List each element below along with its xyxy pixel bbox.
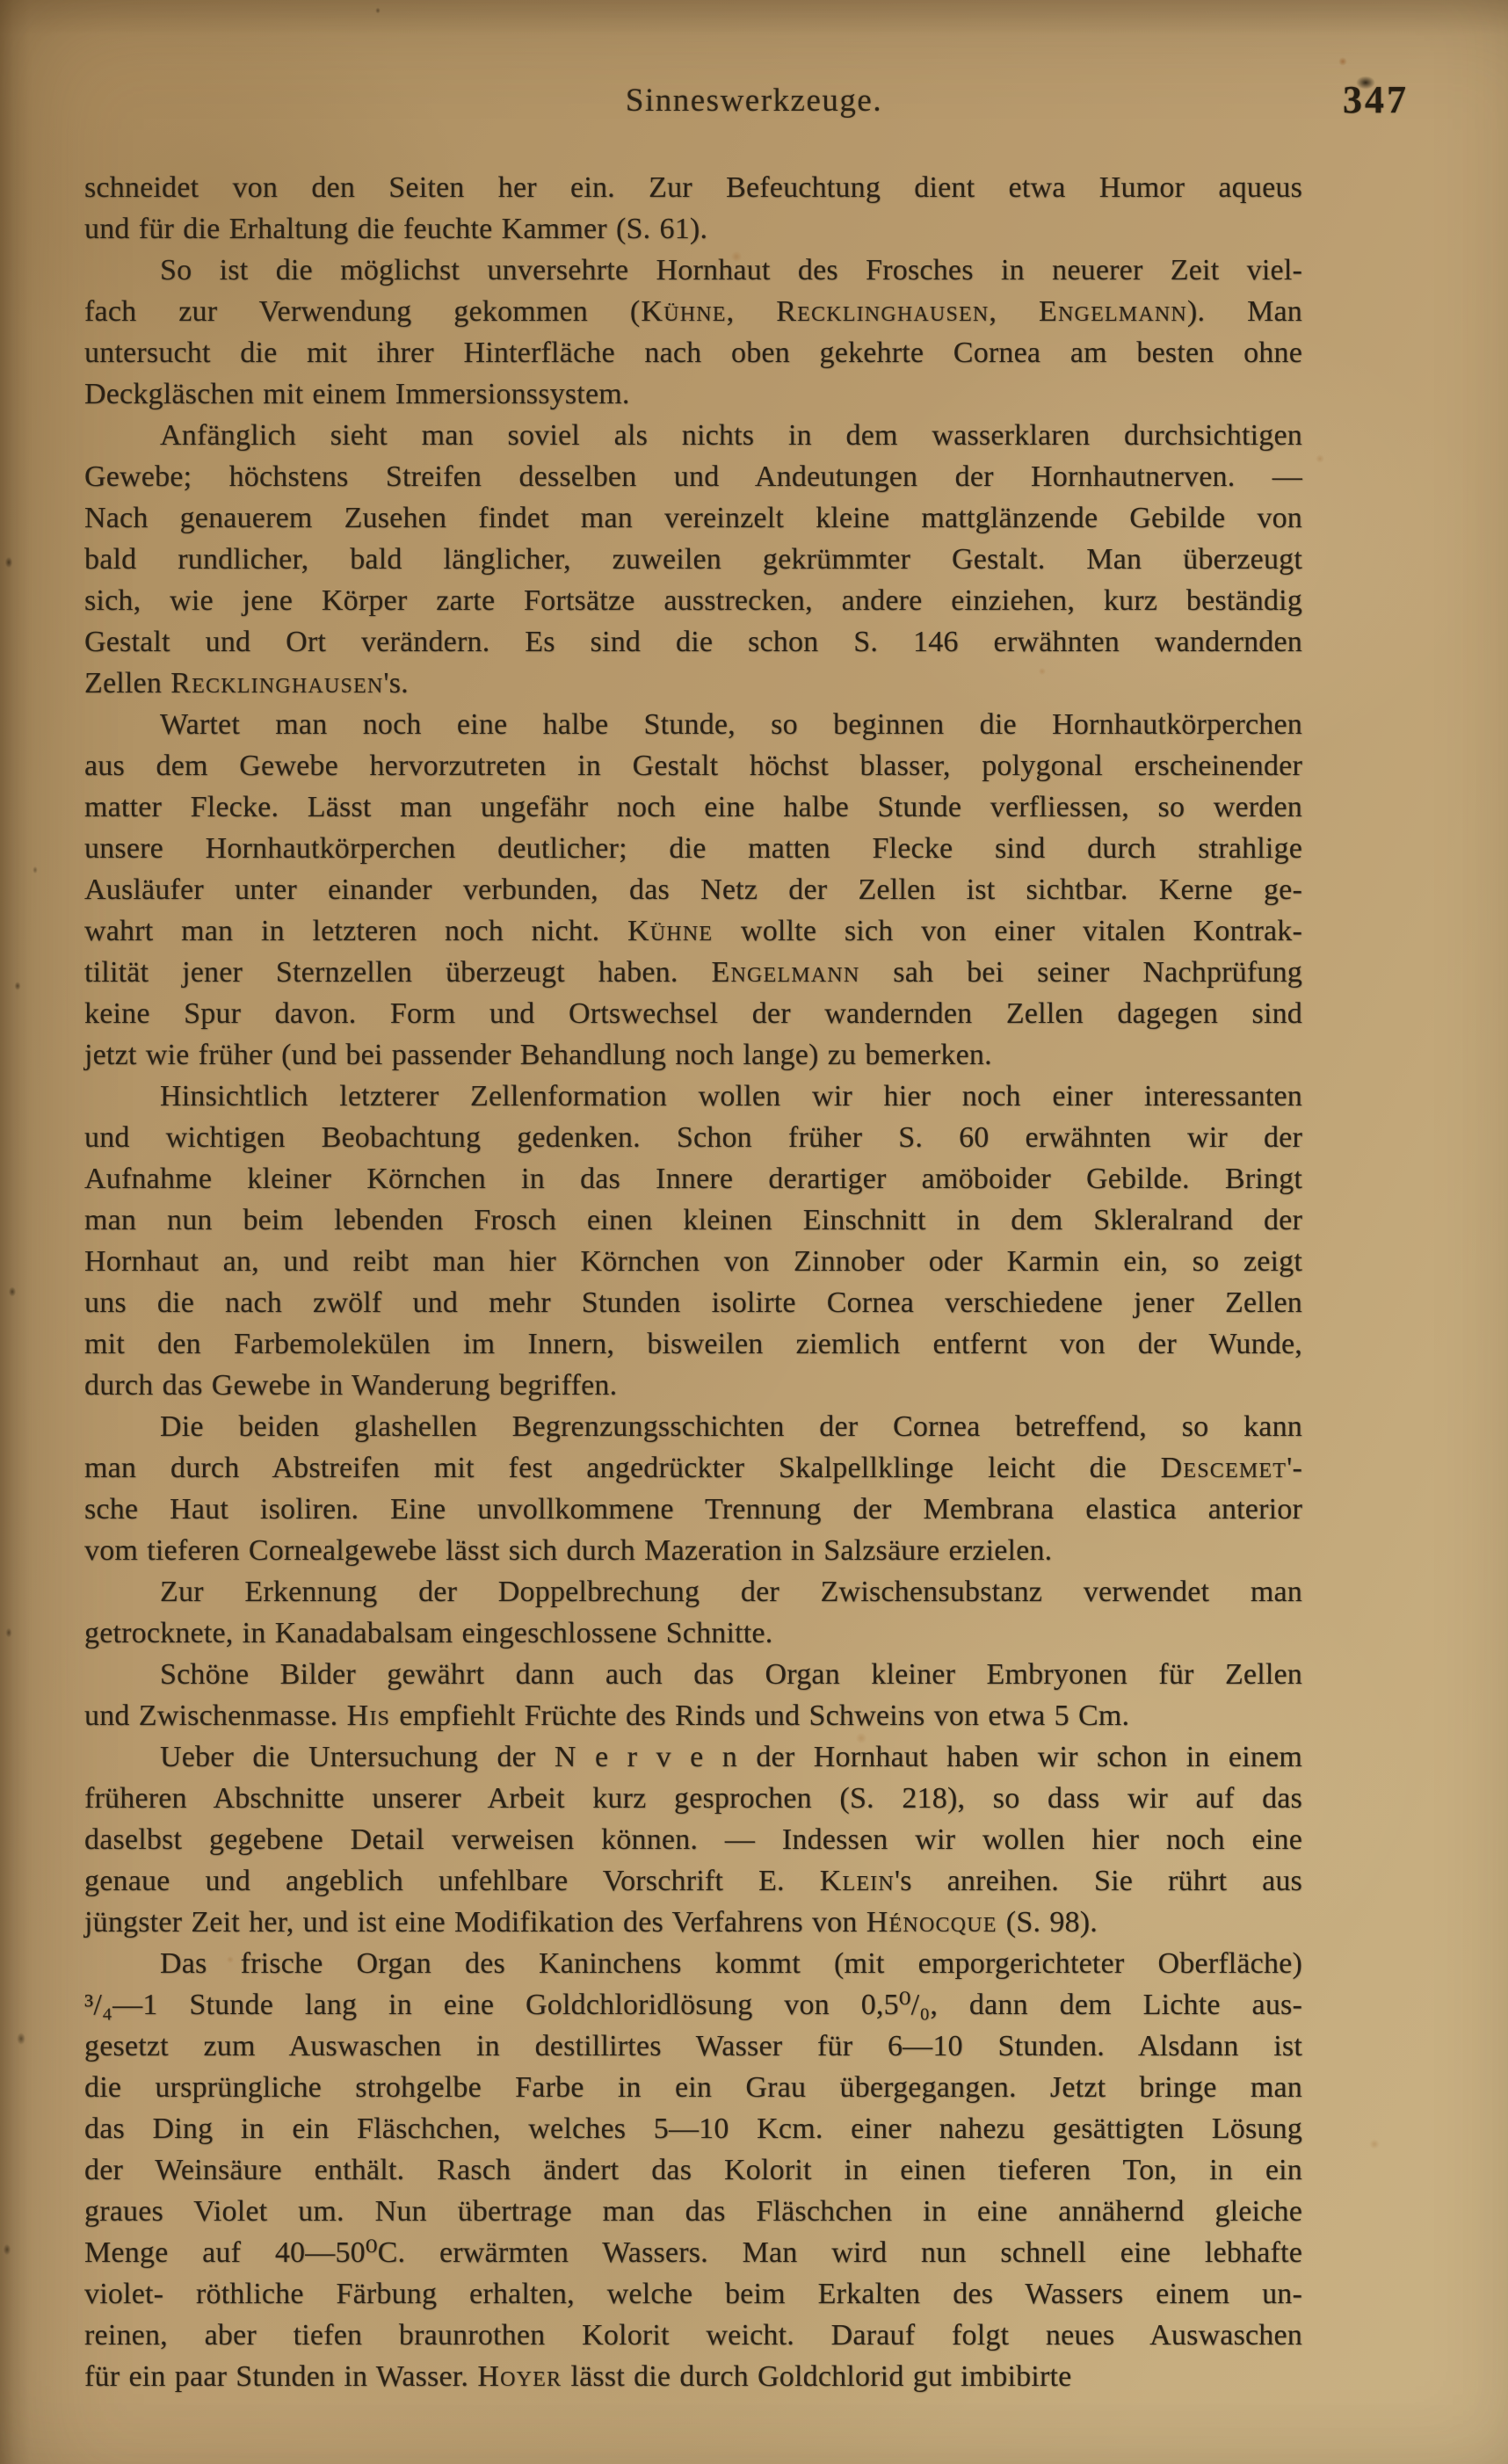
text-line: mit den Farbemolekülen im Innern, biswei… xyxy=(84,1323,1302,1365)
author-name: Engelmann xyxy=(1039,295,1187,328)
author-name: Klein xyxy=(820,1865,895,1897)
text-line: Nach genauerem Zusehen findet man verein… xyxy=(84,497,1302,539)
text-line: getrocknete, in Kanadabalsam eingeschlos… xyxy=(84,1612,1302,1654)
text-line: Ueber die Untersuchung der N e r v e n d… xyxy=(84,1736,1302,1778)
author-name: Descemet xyxy=(1161,1452,1287,1484)
page-number: 347 xyxy=(1343,81,1409,120)
text-line: keine Spur davon. Form und Ortswechsel d… xyxy=(84,993,1302,1034)
author-name: Kühne xyxy=(627,915,713,947)
text-line: bald rundlicher, bald länglicher, zuweil… xyxy=(84,539,1302,580)
text-line: reinen, aber tiefen braunrothen Kolorit … xyxy=(84,2315,1302,2356)
text-line: graues Violet um. Nun übertrage man das … xyxy=(84,2191,1302,2232)
text-line: Zur Erkennung der Doppelbrechung der Zwi… xyxy=(84,1571,1302,1612)
paragraph: Zur Erkennung der Doppelbrechung der Zwi… xyxy=(84,1571,1302,1654)
text-line: Wartet man noch eine halbe Stunde, so be… xyxy=(84,704,1302,745)
text-line: unsere Hornhautkörperchen deutlicher; di… xyxy=(84,828,1302,869)
text-line: jüngster Zeit her, und ist eine Modifika… xyxy=(84,1902,1302,1943)
text-line: Gewebe; höchstens Streifen desselben und… xyxy=(84,456,1302,497)
text-line: So ist die möglichst unversehrte Hornhau… xyxy=(84,250,1302,291)
text-line: Hinsichtlich letzterer Zellenformation w… xyxy=(84,1076,1302,1117)
text-line: untersucht die mit ihrer Hinterfläche na… xyxy=(84,332,1302,373)
text-line: Hornhaut an, und reibt man hier Körnchen… xyxy=(84,1241,1302,1282)
paragraph: Anfänglich sieht man soviel als nichts i… xyxy=(84,415,1302,704)
text-line: Schöne Bilder gewährt dann auch das Orga… xyxy=(84,1654,1302,1695)
text-line: tilität jener Sternzellen überzeugt habe… xyxy=(84,952,1302,993)
text-line: gesetzt zum Auswaschen in destillirtes W… xyxy=(84,2026,1302,2067)
book-page: Sinneswerkzeuge. 347 schneidet von den S… xyxy=(0,0,1508,2464)
text-line: man durch Abstreifen mit fest angedrückt… xyxy=(84,1447,1302,1489)
paragraph: Die beiden glashellen Begrenzungsschicht… xyxy=(84,1406,1302,1571)
author-name: Hoyer xyxy=(477,2360,562,2393)
author-name: Hénocque xyxy=(866,1906,997,1939)
text-line: Anfänglich sieht man soviel als nichts i… xyxy=(84,415,1302,456)
paragraph: schneidet von den Seiten her ein. Zur Be… xyxy=(84,167,1302,250)
paragraph: Hinsichtlich letzterer Zellenformation w… xyxy=(84,1076,1302,1406)
author-name: Engelmann xyxy=(711,956,859,989)
text-line: das Ding in ein Fläschchen, welches 5—10… xyxy=(84,2108,1302,2149)
author-name: Recklinghausen xyxy=(776,295,989,328)
text-line: ³/₄—1 Stunde lang in eine Goldchloridlös… xyxy=(84,1984,1302,2026)
text-line: genaue und angeblich unfehlbare Vorschri… xyxy=(84,1860,1302,1902)
text-line: vom tieferen Cornealgewebe lässt sich du… xyxy=(84,1530,1302,1571)
text-line: und wichtigen Beobachtung gedenken. Scho… xyxy=(84,1117,1302,1158)
text-line: die ursprüngliche strohgelbe Farbe in ei… xyxy=(84,2067,1302,2108)
text-line: schneidet von den Seiten her ein. Zur Be… xyxy=(84,167,1302,208)
text-line: Das frische Organ des Kaninchens kommt (… xyxy=(84,1943,1302,1984)
paragraph: So ist die möglichst unversehrte Hornhau… xyxy=(84,250,1302,415)
text-line: und Zwischenmasse. His empfiehlt Früchte… xyxy=(84,1695,1302,1736)
paragraph: Das frische Organ des Kaninchens kommt (… xyxy=(84,1943,1302,2397)
text-body: schneidet von den Seiten her ein. Zur Be… xyxy=(84,167,1302,2397)
author-name: His xyxy=(347,1699,391,1732)
text-line: violet- röthliche Färbung erhalten, welc… xyxy=(84,2273,1302,2315)
text-line: aus dem Gewebe hervorzutreten in Gestalt… xyxy=(84,745,1302,786)
text-line: durch das Gewebe in Wanderung begriffen. xyxy=(84,1365,1302,1406)
text-line: matter Flecke. Lässt man ungefähr noch e… xyxy=(84,786,1302,828)
text-line: Gestalt und Ort verändern. Es sind die s… xyxy=(84,621,1302,663)
text-line: uns die nach zwölf und mehr Stunden isol… xyxy=(84,1282,1302,1323)
text-line: sich, wie jene Körper zarte Fortsätze au… xyxy=(84,580,1302,621)
text-line: für ein paar Stunden in Wasser. Hoyer lä… xyxy=(84,2356,1302,2397)
text-line: jetzt wie früher (und bei passender Beha… xyxy=(84,1034,1302,1076)
text-line: Ausläufer unter einander verbunden, das … xyxy=(84,869,1302,910)
text-line: man nun beim lebenden Frosch einen klein… xyxy=(84,1199,1302,1241)
text-line: Die beiden glashellen Begrenzungsschicht… xyxy=(84,1406,1302,1447)
text-line: Aufnahme kleiner Körnchen in das Innere … xyxy=(84,1158,1302,1199)
text-line: fach zur Verwendung gekommen (Kühne, Rec… xyxy=(84,291,1302,332)
paragraph: Wartet man noch eine halbe Stunde, so be… xyxy=(84,704,1302,1076)
paragraph: Ueber die Untersuchung der N e r v e n d… xyxy=(84,1736,1302,1943)
text-line: daselbst gegebene Detail verweisen könne… xyxy=(84,1819,1302,1860)
text-line: Menge auf 40—50⁰C. erwärmten Wassers. Ma… xyxy=(84,2232,1302,2273)
text-line: Deckgläschen mit einem Immersionssystem. xyxy=(84,373,1302,415)
text-line: der Weinsäure enthält. Rasch ändert das … xyxy=(84,2149,1302,2191)
paragraph: Schöne Bilder gewährt dann auch das Orga… xyxy=(84,1654,1302,1736)
author-name: Recklinghausen xyxy=(170,667,383,699)
text-line: früheren Abschnitte unserer Arbeit kurz … xyxy=(84,1778,1302,1819)
text-line: Zellen Recklinghausen's. xyxy=(84,663,1302,704)
running-title: Sinneswerkzeuge. xyxy=(0,84,1508,117)
text-line: und für die Erhaltung die feuchte Kammer… xyxy=(84,208,1302,250)
text-line: sche Haut isoliren. Eine unvollkommene T… xyxy=(84,1489,1302,1530)
author-name: (Kühne xyxy=(630,295,727,328)
text-line: wahrt man in letzteren noch nicht. Kühne… xyxy=(84,910,1302,952)
